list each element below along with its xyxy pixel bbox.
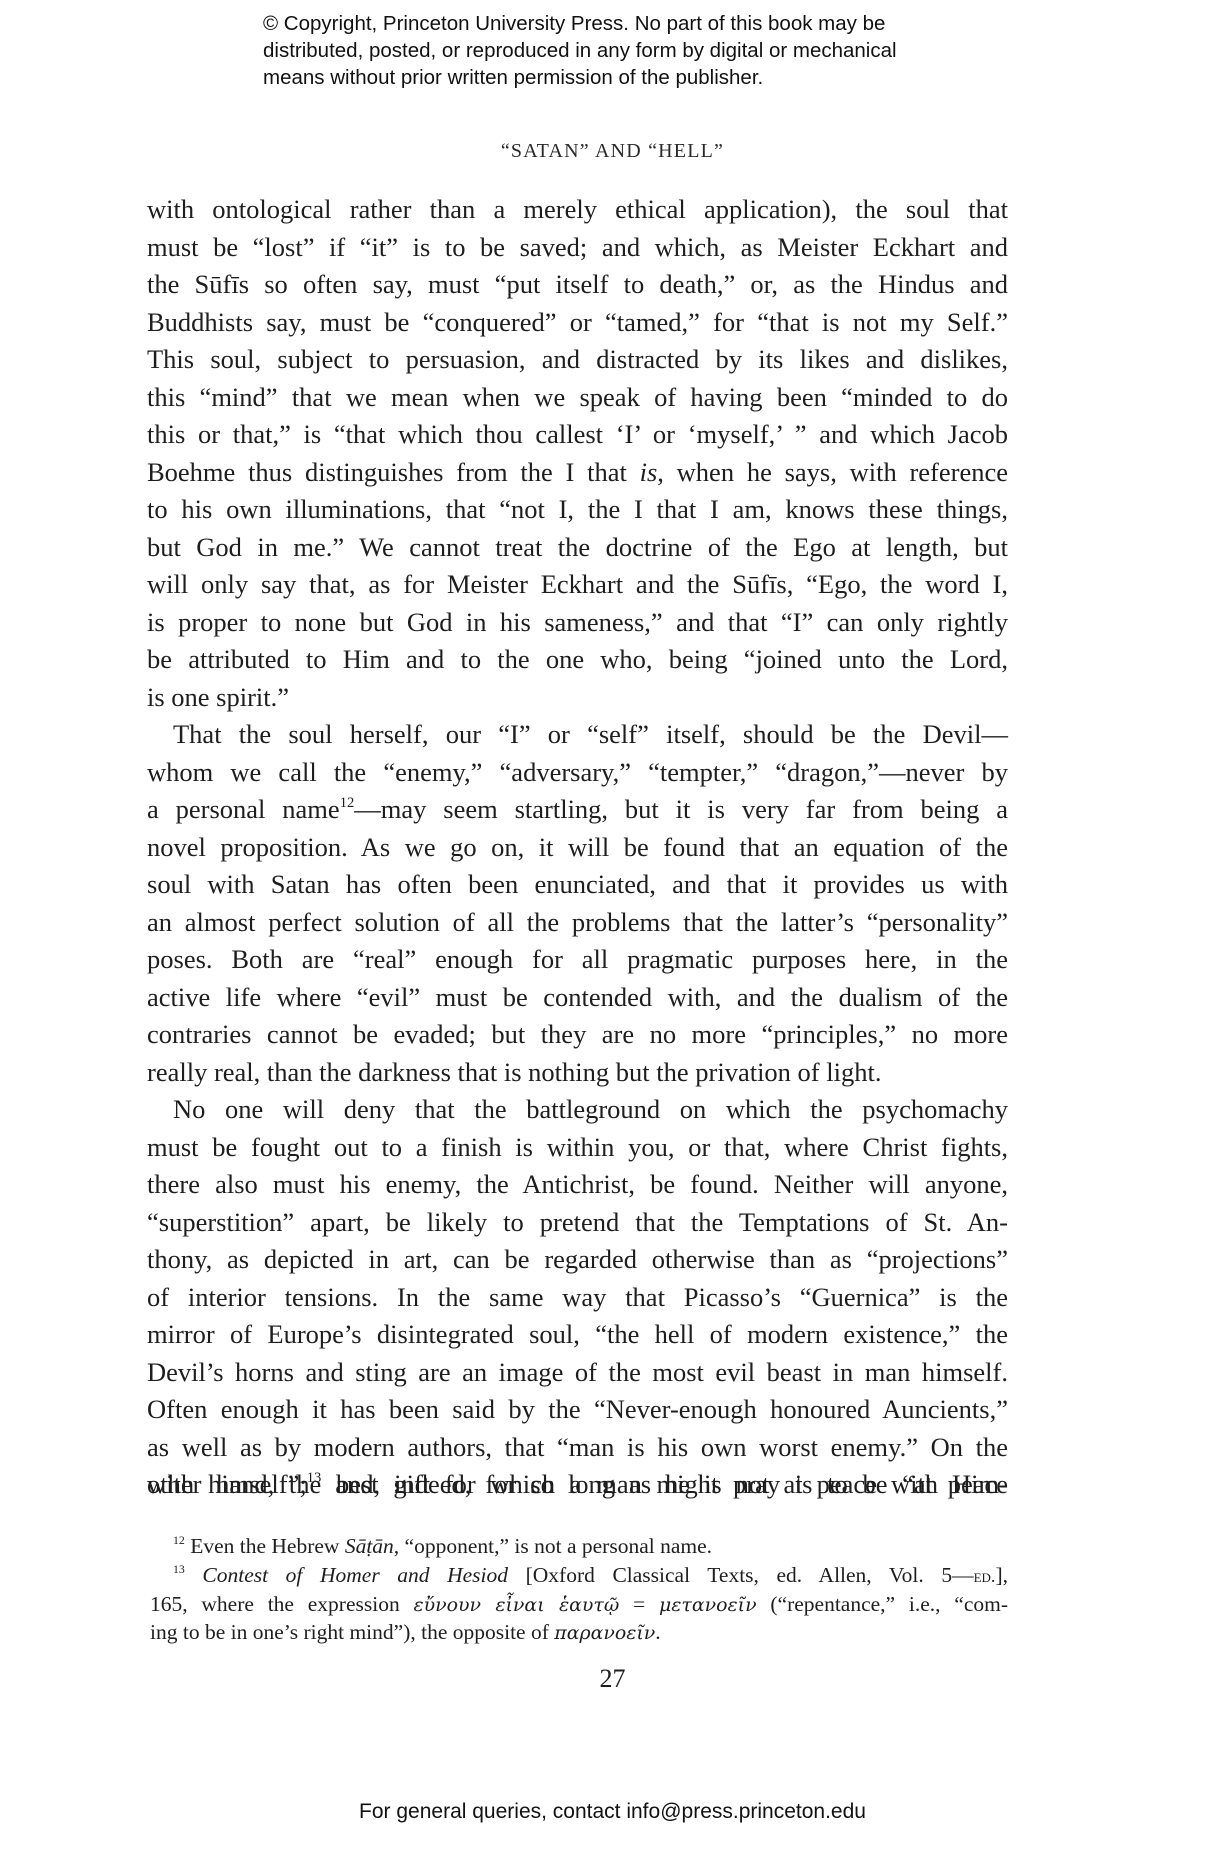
footnote-number: 13 [173,1562,185,1576]
body-line: must be fought out to a finish is within… [147,1129,1008,1166]
footnote-12: 12 Even the Hebrew Sāṭān, “opponent,” is… [173,1532,1008,1561]
text-run: , when he says, with reference [657,457,1008,487]
text-run: ], [995,1563,1008,1587]
text-run: 165, where the expression [150,1592,413,1616]
italic-emphasis: is [640,457,658,487]
body-line: Often enough it has been said by the “Ne… [147,1391,1008,1428]
body-line: thony, as depicted in art, can be regard… [147,1241,1008,1278]
body-line: must be “lost” if “it” is to be saved; a… [147,229,1008,266]
body-line: poses. Both are “real” enough for all pr… [147,941,1008,978]
italic-title: Contest of Homer and Hesiod [202,1563,508,1587]
copyright-line: means without prior written permission o… [263,64,983,91]
body-line: with ontological rather than a merely et… [147,191,1008,228]
copyright-notice: © Copyright, Princeton University Press.… [263,10,983,91]
footnote-number: 12 [173,1533,185,1547]
greek-phrase: εὔνουν εἶναι ἑαυτῷ [413,1594,619,1616]
footnote-13: 13 Contest of Homer and Hesiod [Oxford C… [173,1561,1008,1590]
body-line: but God in me.” We cannot treat the doct… [147,529,1008,566]
footnote-line: ing to be in one’s right mind”), the opp… [150,1618,1008,1647]
footer-contact: For general queries, contact info@press.… [0,1800,1225,1824]
footnote-line: 165, where the expression εὔνουν εἶναι ἑ… [150,1590,1008,1619]
body-line: Buddhists say, must be “conquered” or “t… [147,304,1008,341]
body-line: is one spirit.” [147,679,1008,716]
body-line: this “mind” that we mean when we speak o… [147,379,1008,416]
text-run: [Oxford Classical Texts, ed. Allen, Vol.… [508,1563,974,1587]
body-line: as well as by modern authors, that “man … [147,1429,1008,1466]
body-line: really real, than the darkness that is n… [147,1054,1008,1091]
text-run: Even the Hebrew [190,1534,345,1558]
text-run: a personal name [147,794,340,824]
body-line: is proper to none but God in his samenes… [147,604,1008,641]
body-line: will only say that, as for Meister Eckha… [147,566,1008,603]
body-line: this or that,” is “that which thou calle… [147,416,1008,453]
greek-word: παρανοεῖν [554,1622,655,1644]
text-run: ing to be in one’s right mind”), the opp… [150,1620,554,1644]
text-run: Boehme thus distinguishes from the I tha… [147,457,640,487]
body-line: “superstition” apart, be likely to prete… [147,1204,1008,1241]
footnote-ref-13[interactable]: 13 [307,1470,322,1486]
body-line: the Sūfīs so often say, must “put itself… [147,266,1008,303]
text-run: . [655,1620,660,1644]
body-line: soul with Satan has often been enunciate… [147,866,1008,903]
body-line: This soul, subject to persuasion, and di… [147,341,1008,378]
body-line: mirror of Europe’s disintegrated soul, “… [147,1316,1008,1353]
footnote-ref-12[interactable]: 12 [340,795,355,811]
page-number: 27 [0,1664,1225,1694]
copyright-line: distributed, posted, or reproduced in an… [263,37,983,64]
body-line: novel proposition. As we go on, it will … [147,829,1008,866]
text-run: with himself”; [147,1469,307,1499]
text-run: (“repentance,” i.e., “com- [757,1592,1008,1616]
greek-word: μετανοεῖν [659,1594,757,1616]
text-run: and, indeed, for so long as he is not at… [321,1469,1008,1499]
body-line: contraries cannot be evaded; but they ar… [147,1016,1008,1053]
body-line: to his own illuminations, that “not I, t… [147,491,1008,528]
body-line: No one will deny that the battleground o… [173,1091,1008,1128]
body-line: there also must his enemy, the Antichris… [147,1166,1008,1203]
body-line: Devil’s horns and sting are an image of … [147,1354,1008,1391]
text-run: —may seem startling, but it is very far … [354,794,1008,824]
body-line: of interior tensions. In the same way th… [147,1279,1008,1316]
body-line: a personal name12—may seem startling, bu… [147,791,1008,828]
body-line: be attributed to Him and to the one who,… [147,641,1008,678]
editor-mark: ed. [974,1566,996,1586]
body-line: an almost perfect solution of all the pr… [147,904,1008,941]
body-line: whom we call the “enemy,” “adversary,” “… [147,754,1008,791]
text-run: , “opponent,” is not a personal name. [394,1534,712,1558]
italic-emphasis: Sāṭān [345,1534,394,1558]
body-line: That the soul herself, our “I” or “self”… [173,716,1008,753]
body-line: Boehme thus distinguishes from the I tha… [147,454,1008,491]
body-line: with himself”;13 and, indeed, for so lon… [147,1466,1008,1503]
running-head: “SATAN” AND “HELL” [0,140,1225,163]
body-line: active life where “evil” must be contend… [147,979,1008,1016]
text-run: = [619,1592,659,1616]
copyright-line: © Copyright, Princeton University Press.… [263,10,983,37]
